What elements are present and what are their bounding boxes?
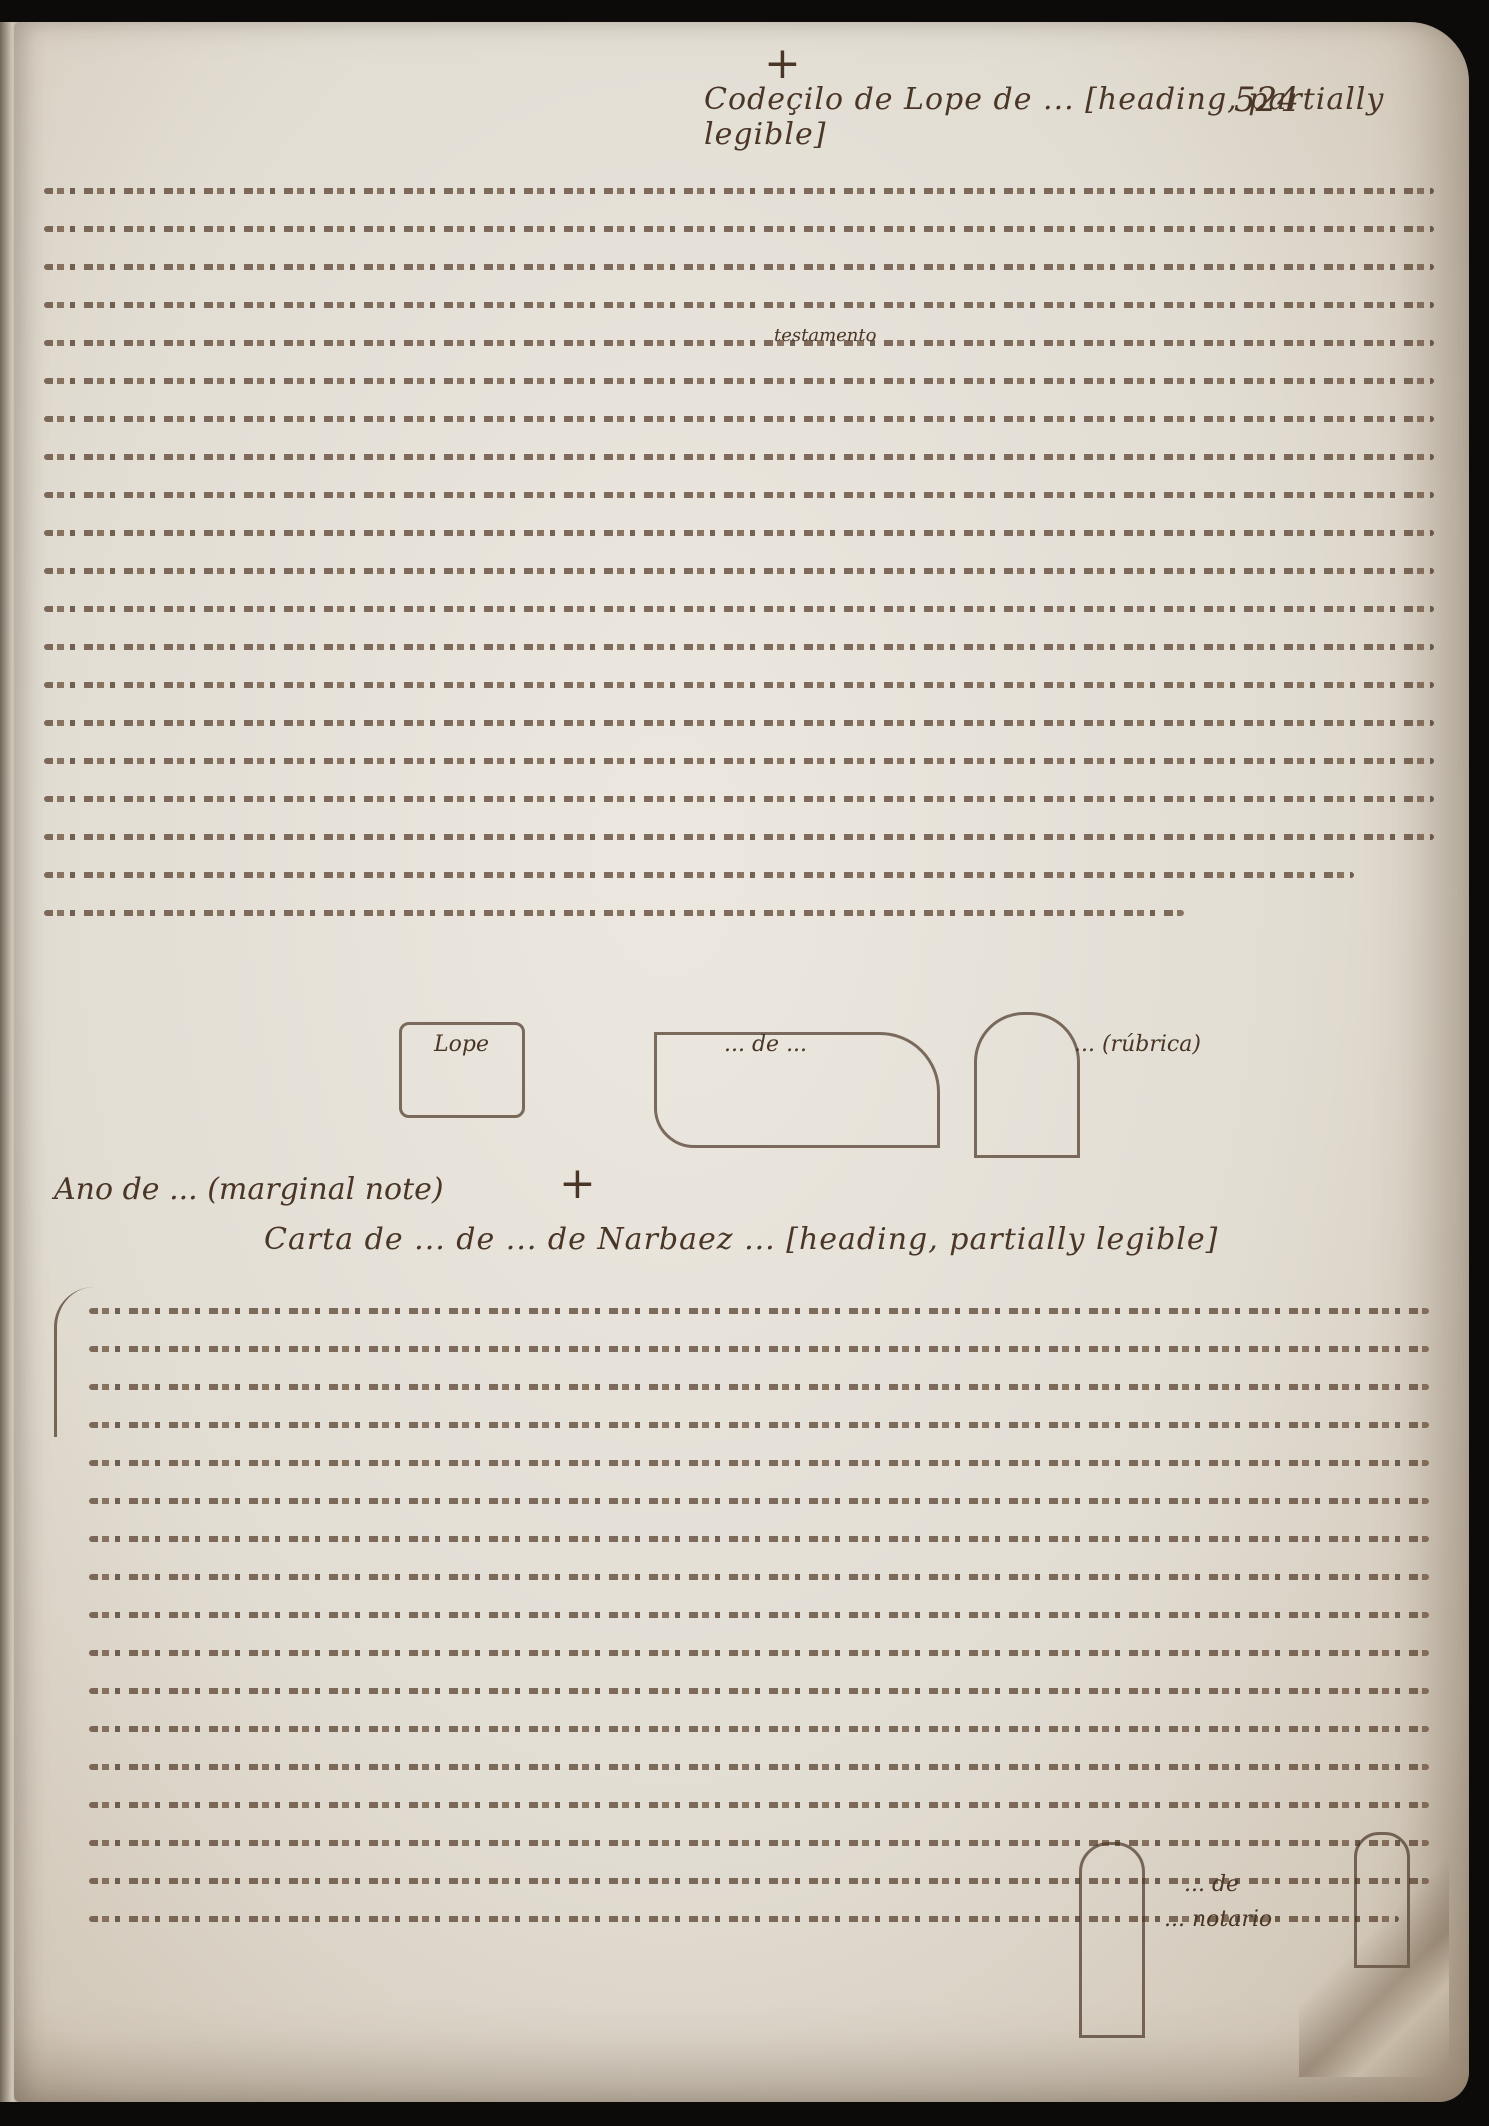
text-line [89, 1634, 1429, 1672]
text-line [44, 210, 1434, 248]
text-line [89, 1672, 1429, 1710]
text-line [44, 590, 1434, 628]
text-line [44, 742, 1434, 780]
text-line [89, 1368, 1429, 1406]
text-line [44, 704, 1434, 742]
margin-note: Ano de ... (marginal note) [54, 1172, 444, 1207]
signature-flourish-1 [399, 1022, 525, 1118]
manuscript-page: + 524 Codeçilo de Lope de ... [heading, … [14, 22, 1469, 2102]
text-line [89, 1482, 1429, 1520]
worn-corner [1299, 1857, 1449, 2077]
text-line [44, 894, 1434, 932]
text-line [89, 1444, 1429, 1482]
signature-flourish-3 [974, 1012, 1080, 1158]
document-1-heading: Codeçilo de Lope de ... [heading, partia… [704, 82, 1469, 152]
cross-mark-middle: + [559, 1162, 596, 1206]
document-1-body [44, 172, 1434, 932]
text-line [44, 172, 1434, 210]
text-line [89, 1786, 1429, 1824]
signature-3: ... (rúbrica) [1074, 1032, 1201, 1057]
text-line [44, 324, 1434, 362]
text-line [89, 1824, 1429, 1862]
text-line [44, 552, 1434, 590]
text-line [89, 1330, 1429, 1368]
text-line [44, 628, 1434, 666]
text-line [89, 1596, 1429, 1634]
text-line [44, 400, 1434, 438]
notary-flourish-left [1079, 1842, 1145, 2038]
text-line [44, 514, 1434, 552]
text-line [89, 1748, 1429, 1786]
text-line [44, 780, 1434, 818]
text-line [44, 476, 1434, 514]
text-line [44, 362, 1434, 400]
text-line [44, 666, 1434, 704]
document-2-body [89, 1292, 1429, 1938]
document-2-heading: Carta de ... de ... de Narbaez ... [head… [264, 1222, 1218, 1257]
text-line [44, 438, 1434, 476]
text-line [44, 286, 1434, 324]
text-line [89, 1520, 1429, 1558]
notary-signature-line-1: ... de [1184, 1872, 1239, 1897]
text-line [44, 248, 1434, 286]
text-line [44, 856, 1434, 894]
cross-mark-top: + [764, 42, 801, 86]
notary-signature-line-2: ... notario [1164, 1907, 1272, 1932]
text-line [89, 1292, 1429, 1330]
text-line [89, 1406, 1429, 1444]
text-line [44, 818, 1434, 856]
text-line [89, 1558, 1429, 1596]
signature-flourish-2 [654, 1032, 940, 1148]
text-line [89, 1710, 1429, 1748]
